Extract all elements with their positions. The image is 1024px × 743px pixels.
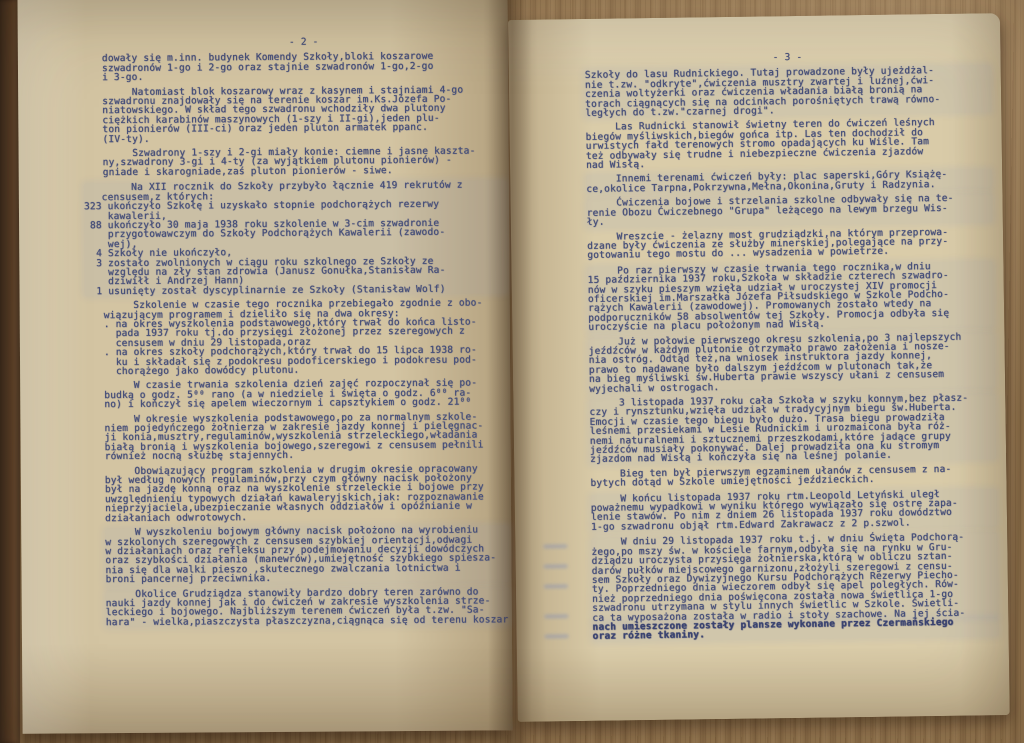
typewritten-paragraph: Już w połowie pierwszego okresu szkoleni…	[588, 332, 995, 394]
typewritten-paragraph: Ćwiczenia bojowe i strzelania szkolne od…	[587, 194, 993, 228]
typewritten-paragraph: W wyszkoleniu bojowym główny nacisk poło…	[105, 525, 509, 584]
typewritten-paragraph: Szkoły do lasu Rudnickiego. Tutaj prowad…	[585, 66, 992, 119]
ink-smudge	[544, 584, 568, 588]
typewritten-paragraph: Na XII rocznik do Szkoły przybyło łączni…	[84, 181, 508, 297]
typewritten-paragraph: dowały się m.inn. budynek Komendy Szkoły…	[102, 52, 506, 83]
typewritten-paragraph: Bieg ten był pierwszym egzaminem ułanów …	[590, 464, 996, 488]
typewritten-paragraph: Okolice Grudziądza stanowiły bardzo dobr…	[106, 587, 510, 627]
page-number: - 2 -	[102, 36, 506, 48]
page-right-text-column: - 3 - Szkoły do lasu Rudnickiego. Tutaj …	[585, 50, 999, 646]
page-left-text-column: - 2 - dowały się m.inn. budynek Komendy …	[102, 36, 510, 632]
typewritten-paragraph: Innemi terenami ćwiczeń były: plac saper…	[586, 170, 992, 194]
ink-smudge	[545, 634, 569, 638]
typewritten-paragraph: Po raz pierwszy w czasie trwania tego ro…	[587, 261, 994, 333]
typewritten-paragraph: W dniu 29 listopada 1937 roku t.j. w dni…	[591, 533, 998, 623]
ink-smudge	[544, 614, 568, 618]
typewritten-paragraph: Obowiązujący program szkolenia w drugim …	[105, 464, 509, 523]
typewritten-paragraph-emphasized: nach umieszczone zostały plansze wykonan…	[592, 617, 998, 641]
typewritten-paragraph: Wreszcie - żelazny most grudziądzki,na k…	[587, 227, 993, 261]
typewritten-paragraph: W końcu listopada 1937 roku rtm.Leopold …	[591, 489, 997, 532]
photo-of-typewritten-document: - 2 - dowały się m.inn. budynek Komendy …	[0, 0, 1024, 743]
ink-smudge	[543, 544, 567, 548]
typewritten-paragraph: W okresie wyszkolenia podstawowego,po za…	[104, 412, 508, 462]
typewritten-paragraph: Las Rudnicki stanowił świetny teren do ć…	[585, 118, 992, 171]
page-number: - 3 -	[585, 50, 991, 65]
typewritten-paragraph: Szkolenie w czasie tego rocznika przebie…	[104, 298, 509, 376]
typewritten-paragraph: 3 listopada 1937 roku cała Szkoła w szyk…	[589, 393, 996, 465]
typewritten-paragraph: Natomiast blok koszarowy wraz z kasynem …	[102, 85, 506, 144]
page-left: - 2 - dowały się m.inn. budynek Komendy …	[17, 0, 512, 734]
typewritten-paragraph: W czasie trwania szkolenia dzień zajęć r…	[104, 379, 508, 410]
typewritten-paragraph: Szwadrony 1-szy i 2-gi miały konie: ciem…	[103, 146, 507, 177]
book-cover-edge	[0, 0, 20, 743]
ink-smudge	[544, 564, 568, 568]
page-right: - 3 - Szkoły do lasu Rudnickiego. Tutaj …	[508, 13, 1010, 722]
